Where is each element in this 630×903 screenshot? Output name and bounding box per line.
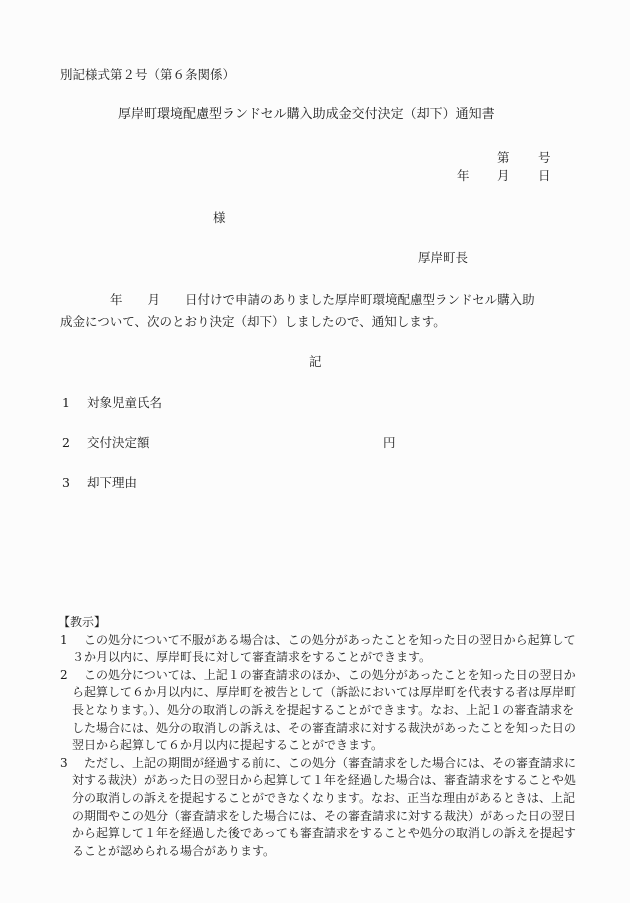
date-month: 月: [497, 168, 510, 184]
notice-item-3: 3ただし、上記の期間が経過する前に、この処分（審査請求をした場合には、その審査請…: [60, 755, 580, 861]
notice-number: 1: [60, 632, 84, 650]
issuer: 厚岸町長: [418, 250, 468, 266]
recipient-suffix: 様: [213, 210, 226, 226]
notice-item-2: 2この処分については、上記１の審査請求のほか、この処分があったことを知った日の翌…: [60, 667, 580, 755]
notice-text: この処分について不服がある場合は、この処分があったことを知った日の翌日から起算し…: [72, 633, 576, 665]
date-day: 日: [538, 168, 551, 184]
item-label-rejection-reason: 却下理由: [87, 475, 137, 491]
item-number: 3: [62, 475, 70, 491]
notice-number: 2: [60, 667, 84, 685]
item-number: 2: [62, 435, 70, 451]
yen-unit: 円: [383, 435, 396, 451]
form-label: 別記様式第２号（第６条関係）: [60, 67, 235, 83]
body-line-2: 成金について、次のとおり決定（却下）しましたので、通知します。: [60, 314, 446, 330]
notice-text: この処分については、上記１の審査請求のほか、この処分があったことを知った日の翌日…: [72, 668, 576, 752]
document-title: 厚岸町環境配慮型ランドセル購入助成金交付決定（却下）通知書: [118, 107, 495, 123]
notice-text: ただし、上記の期間が経過する前に、この処分（審査請求をした場合には、その審査請求…: [72, 756, 576, 858]
ki-heading: 記: [309, 354, 322, 370]
item-label-grant-amount: 交付決定額: [87, 435, 150, 451]
doc-number-dai: 第: [497, 150, 510, 166]
notice-number: 3: [60, 755, 84, 773]
notice-heading: 【教示】: [58, 614, 580, 632]
item-label-child-name: 対象児童氏名: [87, 395, 162, 411]
body-line-1: 年 月 日付けで申請のありました厚岸町環境配慮型ランドセル購入助: [60, 292, 535, 308]
notice-section: 【教示】 1この処分について不服がある場合は、この処分があったことを知った日の翌…: [60, 614, 580, 860]
item-number: 1: [62, 395, 70, 411]
notice-item-1: 1この処分について不服がある場合は、この処分があったことを知った日の翌日から起算…: [60, 632, 580, 667]
date-year: 年: [457, 168, 470, 184]
doc-number-go: 号: [538, 150, 551, 166]
